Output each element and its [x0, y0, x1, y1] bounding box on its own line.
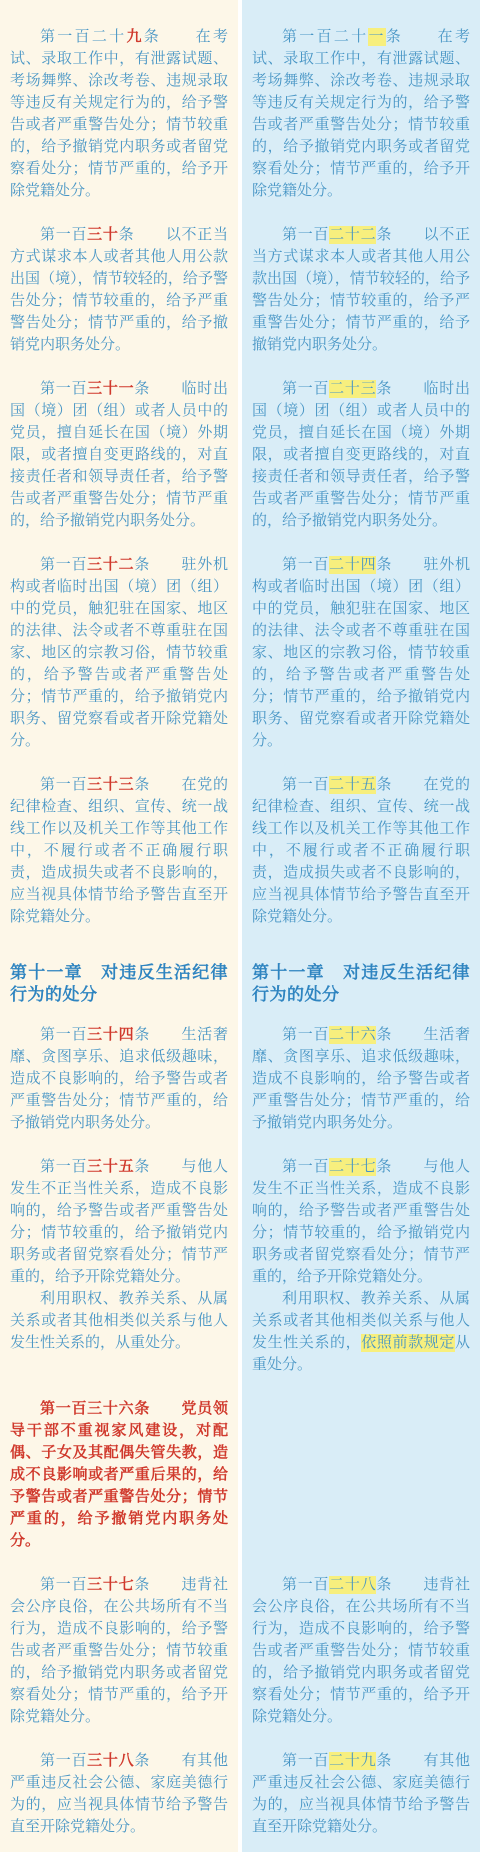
- article-paragraph: 第一百三十三条 在党的纪律检查、组织、宣传、统一战线工作以及机关工作等其他工作中…: [10, 774, 228, 928]
- article-paragraph: 第一百三十七条 违背社会公序良俗，在公共场所有不当行为，造成不良影响的，给予警告…: [10, 1574, 228, 1728]
- article-text: 第一百: [40, 557, 87, 573]
- article-text: [392, 1577, 423, 1593]
- article-text: [150, 1577, 181, 1593]
- article-paragraph: 第一百三十一条 临时出国（境）团（组）或者人员中的党员，擅自延长在国（境）外期限…: [10, 378, 228, 532]
- highlighted-old-text: 二十六: [329, 1026, 376, 1044]
- changed-text-red: 三十: [87, 227, 118, 243]
- article-cell-new-version: 第一百三十七条 违背社会公序良俗，在公共场所有不当行为，造成不良影响的，给予警告…: [0, 1574, 238, 1750]
- article-text: 条: [376, 777, 392, 793]
- article-text: [392, 227, 423, 243]
- chapter-heading-text: 第十一章 对违反生活纪律行为的处分: [252, 962, 470, 1006]
- article-text: 第一百: [282, 1577, 329, 1593]
- article-text: 第一百二十: [40, 29, 126, 45]
- article-text: 驻外机构或者临时出国（境）团（组）中的党员，触犯驻在国家、地区的法律、法令或者不…: [252, 557, 470, 749]
- article-text: 条: [376, 381, 392, 397]
- article-paragraph: 第一百三十八条 有其他严重违反社会公德、家庭美德行为的，应当视具体情节给予警告直…: [10, 1750, 228, 1838]
- article-text: 条: [134, 1159, 150, 1175]
- article-cell-new-version: 第一百三十一条 临时出国（境）团（组）或者人员中的党员，擅自延长在国（境）外期限…: [0, 378, 238, 554]
- article-paragraph: 第一百二十三条 临时出国（境）团（组）或者人员中的党员，擅自延长在国（境）外期限…: [252, 378, 470, 532]
- article-text: [161, 29, 196, 45]
- regulation-comparison-page: 第一百二十九条 在考试、录取工作中，有泄露试题、考场舞弊、涂改考卷、违规录取等违…: [0, 0, 480, 1852]
- highlighted-old-text: 二十八: [329, 1576, 376, 1594]
- article-paragraph: 第一百二十四条 驻外机构或者临时出国（境）团（组）中的党员，触犯驻在国家、地区的…: [252, 554, 470, 752]
- article-text: 与他人发生不正当性关系，造成不良影响的，给予警告或者严重警告处分；情节较重的，给…: [10, 1159, 228, 1285]
- chapter-heading-text: 第十一章 对违反生活纪律行为的处分: [10, 962, 228, 1006]
- article-text: [392, 777, 423, 793]
- article-text: [392, 1027, 423, 1043]
- article-text: 第一百: [282, 557, 329, 573]
- article-paragraph: 第一百二十五条 在党的纪律检查、组织、宣传、统一战线工作以及机关工作等其他工作中…: [252, 774, 470, 928]
- article-text: [150, 557, 181, 573]
- article-text: 条: [376, 1753, 392, 1769]
- article-text: [150, 381, 181, 397]
- article-cell-old-version: 第一百二十五条 在党的纪律检查、组织、宣传、统一战线工作以及机关工作等其他工作中…: [242, 774, 480, 950]
- article-text: 条: [134, 1027, 150, 1043]
- article-text: 第一百: [40, 1027, 87, 1043]
- article-text: 条: [376, 1577, 392, 1593]
- highlighted-old-text: 依照前款规定: [361, 1334, 455, 1352]
- article-text: 第一百: [282, 1027, 329, 1043]
- changed-text-red: 三十二: [87, 557, 134, 573]
- article-text: 第一百: [40, 1753, 87, 1769]
- article-cell-new-version: 第一百三十五条 与他人发生不正当性关系，造成不良影响的，给予警告或者严重警告处分…: [0, 1156, 238, 1398]
- article-text: 第一百: [282, 777, 329, 793]
- article-cell-new-version: 第一百三十四条 生活奢靡、贪图享乐、追求低级趣味，造成不良影响的，给予警告或者严…: [0, 1024, 238, 1156]
- article-cell-old-version: 第一百二十一条 在考试、录取工作中，有泄露试题、考场舞弊、涂改考卷、违规录取等违…: [242, 0, 480, 224]
- highlighted-old-text: 二十四: [329, 556, 376, 574]
- article-cell-new-version: 第一百三十条 以不正当方式谋求本人或者其他人用公款出国（境），情节较轻的，给予警…: [0, 224, 238, 378]
- changed-text-red: 三十一: [87, 381, 134, 397]
- article-text: 条: [376, 1159, 392, 1175]
- article-text: 第一百: [282, 381, 329, 397]
- article-text: 第一百二十: [282, 29, 368, 45]
- article-cell-old-version: 第一百二十四条 驻外机构或者临时出国（境）团（组）中的党员，触犯驻在国家、地区的…: [242, 554, 480, 774]
- changed-text-red: 三十三: [87, 777, 134, 793]
- article-text: [392, 1753, 423, 1769]
- article-cell-old-version: 第一百二十三条 临时出国（境）团（组）或者人员中的党员，擅自延长在国（境）外期限…: [242, 378, 480, 554]
- article-paragraph: 第一百二十九条 在考试、录取工作中，有泄露试题、考场舞弊、涂改考卷、违规录取等违…: [10, 26, 228, 202]
- highlighted-old-text: 一: [368, 28, 385, 46]
- article-text: 条: [376, 1027, 392, 1043]
- article-paragraph: 第一百二十一条 在考试、录取工作中，有泄露试题、考场舞弊、涂改考卷、违规录取等违…: [252, 26, 470, 202]
- article-text: 在党的纪律检查、组织、宣传、统一战线工作以及机关工作等其他工作中，不履行或者不正…: [252, 777, 470, 925]
- highlighted-old-text: 二十三: [329, 380, 376, 398]
- article-text: 以不正当方式谋求本人或者其他人用公款出国（境），情节较轻的，给予警告处分；情节较…: [252, 227, 470, 353]
- changed-text-red: 三十四: [87, 1027, 134, 1043]
- article-text: 条: [134, 557, 150, 573]
- highlighted-old-text: 二十七: [329, 1158, 376, 1176]
- article-text: 条: [376, 227, 392, 243]
- article-paragraph: 第一百二十七条 与他人发生不正当性关系，造成不良影响的，给予警告或者严重警告处分…: [252, 1156, 470, 1288]
- article-text: 第一百: [40, 1577, 87, 1593]
- article-text: 条: [144, 29, 161, 45]
- article-text: [150, 1027, 181, 1043]
- article-text: 条: [119, 227, 135, 243]
- article-text: 第十一章 对违反生活纪律行为的处分: [252, 963, 470, 1004]
- article-text: 与他人发生不正当性关系，造成不良影响的，给予警告或者严重警告处分；情节较重的，给…: [252, 1159, 470, 1285]
- article-text: [134, 227, 165, 243]
- article-cell-old-version: 第一百二十二条 以不正当方式谋求本人或者其他人用公款出国（境），情节较轻的，给予…: [242, 224, 480, 378]
- article-paragraph: 第一百二十八条 违背社会公序良俗，在公共场所有不当行为，造成不良影响的，给予警告…: [252, 1574, 470, 1728]
- changed-text-red: 三十七: [87, 1577, 134, 1593]
- article-text: 第一百: [40, 1159, 87, 1175]
- article-text: 在考试、录取工作中，有泄露试题、考场舞弊、涂改考卷、违规录取等违反有关规定行为的…: [10, 29, 228, 199]
- article-paragraph: 第一百二十九条 有其他严重违反社会公德、家庭美德行为的，应当视具体情节给予警告直…: [252, 1750, 470, 1838]
- article-paragraph: 利用职权、教养关系、从属关系或者其他相类似关系与他人发生性关系的，依照前款规定从…: [252, 1288, 470, 1376]
- article-text: [392, 1159, 423, 1175]
- article-text: 第一百: [282, 1159, 329, 1175]
- article-cell-new-version: 第一百二十九条 在考试、录取工作中，有泄露试题、考场舞弊、涂改考卷、违规录取等违…: [0, 0, 238, 224]
- article-paragraph: 第一百三十五条 与他人发生不正当性关系，造成不良影响的，给予警告或者严重警告处分…: [10, 1156, 228, 1288]
- article-text: 临时出国（境）团（组）或者人员中的党员，擅自延长在国（境）外期限，或者擅自变更路…: [10, 381, 228, 529]
- highlighted-old-text: 二十二: [329, 226, 376, 244]
- article-text: [150, 1159, 181, 1175]
- article-cell-old-version: 第一百二十九条 有其他严重违反社会公德、家庭美德行为的，应当视具体情节给予警告直…: [242, 1750, 480, 1852]
- article-paragraph: 第一百三十六条 党员领导干部不重视家风建设，对配偶、子女及其配偶失管失教，造成不…: [10, 1398, 228, 1552]
- article-cell-new-version: 第一百三十二条 驻外机构或者临时出国（境）团（组）中的党员，触犯驻在国家、地区的…: [0, 554, 238, 774]
- article-cell-old-version: 第一百二十六条 生活奢靡、贪图享乐、追求低级趣味，造成不良影响的，给予警告或者严…: [242, 1024, 480, 1156]
- article-text: 条: [134, 1753, 150, 1769]
- article-cell-new-version: 第一百三十三条 在党的纪律检查、组织、宣传、统一战线工作以及机关工作等其他工作中…: [0, 774, 238, 950]
- changed-text-red: 三十五: [87, 1159, 134, 1175]
- article-cell-new-version: 第一百三十六条 党员领导干部不重视家风建设，对配偶、子女及其配偶失管失教，造成不…: [0, 1398, 238, 1574]
- article-text: 第十一章 对违反生活纪律行为的处分: [10, 963, 228, 1004]
- article-text: 利用职权、教养关系、从属关系或者其他相类似关系与他人发生性关系的，从重处分。: [10, 1291, 228, 1351]
- article-paragraph: 利用职权、教养关系、从属关系或者其他相类似关系与他人发生性关系的，从重处分。: [10, 1288, 228, 1354]
- article-text: 第一百: [282, 227, 329, 243]
- article-text: 条: [386, 29, 403, 45]
- article-text: [150, 777, 181, 793]
- article-text: 第一百: [40, 227, 87, 243]
- changed-text-red: 三十八: [87, 1753, 134, 1769]
- column-divider: [238, 0, 242, 1852]
- article-text: 第一百: [40, 777, 87, 793]
- highlighted-old-text: 二十五: [329, 776, 376, 794]
- article-text: [403, 29, 438, 45]
- article-paragraph: 第一百三十条 以不正当方式谋求本人或者其他人用公款出国（境），情节较轻的，给予警…: [10, 224, 228, 356]
- article-text: [150, 1753, 181, 1769]
- article-text: 违背社会公序良俗，在公共场所有不当行为，造成不良影响的，给予警告或者严重警告处分…: [10, 1577, 228, 1725]
- chapter-heading-old-version: 第十一章 对违反生活纪律行为的处分: [242, 950, 480, 1024]
- article-text: 第一百: [40, 381, 87, 397]
- changed-text-red: 九: [126, 29, 143, 45]
- article-text: 第一百: [282, 1753, 329, 1769]
- article-text: 条: [134, 381, 150, 397]
- article-text: [392, 557, 423, 573]
- article-text: 条: [134, 777, 150, 793]
- article-paragraph: 第一百二十二条 以不正当方式谋求本人或者其他人用公款出国（境），情节较轻的，给予…: [252, 224, 470, 356]
- article-paragraph: 第一百三十四条 生活奢靡、贪图享乐、追求低级趣味，造成不良影响的，给予警告或者严…: [10, 1024, 228, 1134]
- article-text: 违背社会公序良俗，在公共场所有不当行为，造成不良影响的，给予警告或者严重警告处分…: [252, 1577, 470, 1725]
- article-text: 在党的纪律检查、组织、宣传、统一战线工作以及机关工作等其他工作中，不履行或者不正…: [10, 777, 228, 925]
- article-cell-old-version: 第一百二十八条 违背社会公序良俗，在公共场所有不当行为，造成不良影响的，给予警告…: [242, 1574, 480, 1750]
- article-text: [392, 381, 423, 397]
- article-text: 条: [376, 557, 392, 573]
- chapter-heading-new-version: 第十一章 对违反生活纪律行为的处分: [0, 950, 238, 1024]
- article-cell-old-version: 第一百二十七条 与他人发生不正当性关系，造成不良影响的，给予警告或者严重警告处分…: [242, 1156, 480, 1398]
- highlighted-old-text: 二十九: [329, 1752, 376, 1770]
- changed-text-red: 第一百三十六条 党员领导干部不重视家风建设，对配偶、子女及其配偶失管失教，造成不…: [10, 1401, 228, 1549]
- article-cell-old-version: [242, 1398, 480, 1574]
- article-text: 条: [134, 1577, 150, 1593]
- article-text: 驻外机构或者临时出国（境）团（组）中的党员，触犯驻在国家、地区的法律、法令或者不…: [10, 557, 228, 749]
- article-cell-new-version: 第一百三十八条 有其他严重违反社会公德、家庭美德行为的，应当视具体情节给予警告直…: [0, 1750, 238, 1852]
- article-text: 在考试、录取工作中，有泄露试题、考场舞弊、涂改考卷、违规录取等违反有关规定行为的…: [252, 29, 470, 199]
- article-text: 临时出国（境）团（组）或者人员中的党员，擅自延长在国（境）外期限，或者擅自变更路…: [252, 381, 470, 529]
- article-paragraph: 第一百三十二条 驻外机构或者临时出国（境）团（组）中的党员，触犯驻在国家、地区的…: [10, 554, 228, 752]
- article-paragraph: 第一百二十六条 生活奢靡、贪图享乐、追求低级趣味，造成不良影响的，给予警告或者严…: [252, 1024, 470, 1134]
- article-text: 以不正当方式谋求本人或者其他人用公款出国（境），情节较轻的，给予警告处分；情节较…: [10, 227, 228, 353]
